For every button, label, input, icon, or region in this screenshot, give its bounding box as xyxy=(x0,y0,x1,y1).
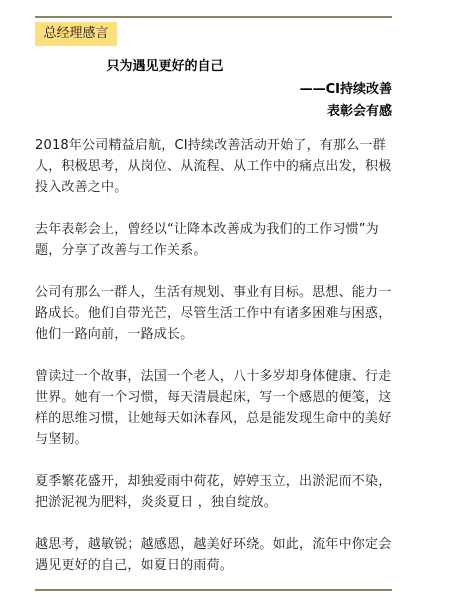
article-body: 2018年公司精益启航，CI持续改善活动开始了，有那么一群人，积极思考，从岗位、… xyxy=(35,135,393,597)
paragraph: 曾读过一个故事，法国一个老人，八十多岁却身体健康、行走世界。她有一个习惯，每天清… xyxy=(35,366,393,450)
subtitle-line-1: ——CI持续改善 xyxy=(300,78,392,97)
paragraph: 越思考，越敏锐；越感恩，越美好环绕。如此，流年中你定会遇见更好的自己，如夏日的雨… xyxy=(35,534,393,576)
paragraph: 公司有那么一群人，生活有规划、事业有目标。思想、能力一路成长。他们自带光芒，尽管… xyxy=(35,282,393,345)
paragraph: 夏季繁花盛开，却独爱雨中荷花，婷婷玉立，出淤泥而不染，把淤泥视为肥料，炎炎夏日 … xyxy=(35,471,393,513)
article-title: 只为遇见更好的自己 xyxy=(0,55,330,74)
paragraph: 去年表彰会上，曾经以“让降本改善成为我们的工作习惯”为题，分享了改善与工作关系。 xyxy=(35,219,393,261)
paragraph: 2018年公司精益启航，CI持续改善活动开始了，有那么一群人，积极思考，从岗位、… xyxy=(35,135,393,198)
subtitle-line-2: 表彰会有感 xyxy=(327,100,392,119)
bottom-divider xyxy=(35,589,392,591)
top-divider xyxy=(35,16,392,18)
section-tag: 总经理感言 xyxy=(35,22,117,46)
